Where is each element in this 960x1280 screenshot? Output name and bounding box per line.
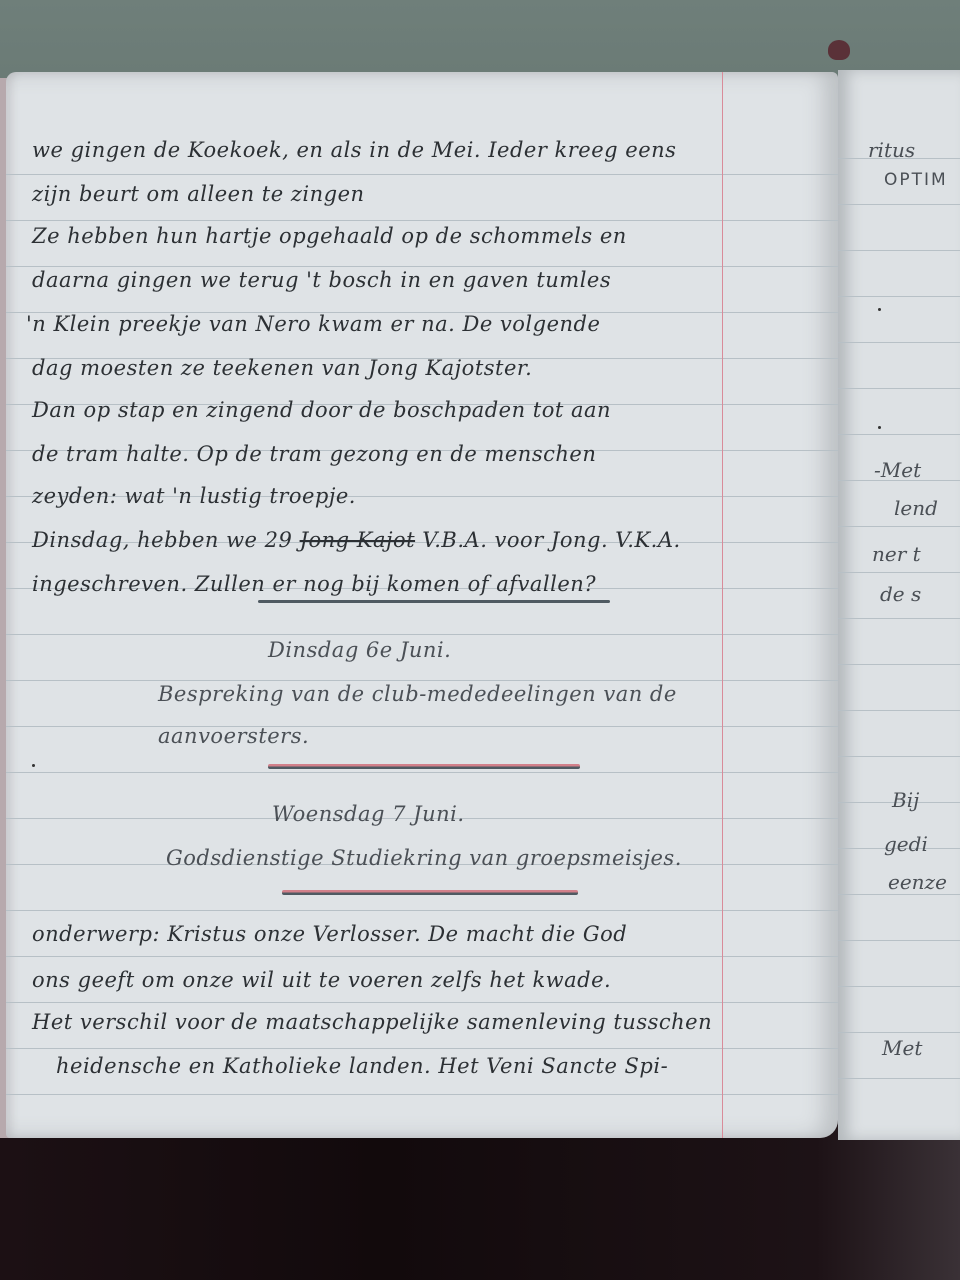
left-page: we gingen de Koekoek, en als in de Mei. … (6, 72, 838, 1138)
text-line: Dan op stap en zingend door de boschpade… (32, 398, 611, 422)
fragment-text: Met (882, 1036, 922, 1060)
fragment-text: -Met (874, 458, 921, 482)
ruled-line (838, 250, 960, 251)
fragment-text: ritus (868, 138, 915, 162)
text-line: zeyden: wat 'n lustig troepje. (32, 484, 356, 508)
divider-rule-red (268, 764, 580, 769)
ruled-line (838, 526, 960, 527)
entry-body-line: aanvoersters. (158, 724, 309, 748)
ruled-line (838, 1078, 960, 1079)
ruled-line (838, 710, 960, 711)
fragment-text: ner t (872, 542, 921, 566)
ruled-line (6, 956, 838, 957)
right-page: ritus OPTIM -Met lend ner t de s Bij ged… (838, 70, 960, 1140)
ruled-line (838, 1032, 960, 1033)
entry-body-line: Bespreking van de club-mededeelingen van… (158, 682, 677, 706)
ruled-line (838, 342, 960, 343)
ruled-line (6, 680, 838, 681)
text-line: ons geeft om onze wil uit te voeren zelf… (32, 968, 611, 992)
text-line: Het verschil voor de maatschappelijke sa… (32, 1010, 712, 1034)
ruled-line (6, 220, 838, 221)
fragment-text: OPTIM (884, 170, 948, 190)
text-line: zijn beurt om alleen te zingen (32, 182, 365, 206)
fragment-text: lend (894, 496, 938, 520)
text-line: onderwerp: Kristus onze Verlosser. De ma… (32, 922, 627, 946)
ruled-line (6, 1094, 838, 1095)
text-line: Ze hebben hun hartje opgehaald op de sch… (32, 224, 627, 248)
ruled-line (838, 618, 960, 619)
fragment-text: gedi (884, 832, 928, 856)
ruled-line (838, 434, 960, 435)
margin-line (722, 72, 723, 1138)
ruled-line (838, 664, 960, 665)
ruled-line (6, 266, 838, 267)
text-segment: V.B.A. voor Jong. V.K.A. (415, 528, 681, 552)
ruled-line (838, 296, 960, 297)
ink-mark (878, 426, 881, 429)
divider-rule-red (282, 890, 578, 895)
fragment-text: Bij (892, 788, 919, 812)
ruled-line (6, 726, 838, 727)
ink-mark (32, 764, 35, 767)
ruled-line (838, 894, 960, 895)
text-line: dag moesten ze teekenen van Jong Kajotst… (32, 356, 532, 380)
ink-mark (878, 308, 881, 311)
text-segment: Dinsdag, hebben we 29 (32, 528, 300, 552)
entry-heading: Woensdag 7 Juni. (272, 802, 465, 826)
text-line: de tram halte. Op de tram gezong en de m… (32, 442, 596, 466)
ruled-line (6, 1048, 838, 1049)
ruled-line (838, 756, 960, 757)
ruled-line (838, 572, 960, 573)
divider-rule (258, 600, 610, 603)
ruled-line (6, 634, 838, 635)
text-line: heidensche en Katholieke landen. Het Ven… (56, 1054, 668, 1078)
text-line: ingeschreven. Zullen er nog bij komen of… (32, 572, 596, 596)
bookmark-clip (828, 40, 850, 60)
entry-heading: Dinsdag 6e Juni. (268, 638, 451, 662)
text-line: daarna gingen we terug 't bosch in en ga… (32, 268, 611, 292)
struck-text: Jong Kajot (300, 528, 416, 552)
ruled-line (838, 986, 960, 987)
ruled-line (6, 772, 838, 773)
ruled-line (838, 940, 960, 941)
fragment-text: eenze (888, 870, 947, 894)
fragment-text: de s (880, 582, 921, 606)
ruled-line (6, 910, 838, 911)
ruled-line (6, 1002, 838, 1003)
text-line: we gingen de Koekoek, en als in de Mei. … (32, 138, 676, 162)
entry-body-line: Godsdienstige Studiekring van groepsmeis… (166, 846, 682, 870)
ruled-line (6, 174, 838, 175)
text-line: 'n Klein preekje van Nero kwam er na. De… (26, 312, 600, 336)
text-line-with-correction: Dinsdag, hebben we 29 Jong Kajot V.B.A. … (32, 528, 681, 552)
ruled-line (838, 388, 960, 389)
backdrop-book-cover (0, 1120, 960, 1280)
ruled-line (838, 204, 960, 205)
